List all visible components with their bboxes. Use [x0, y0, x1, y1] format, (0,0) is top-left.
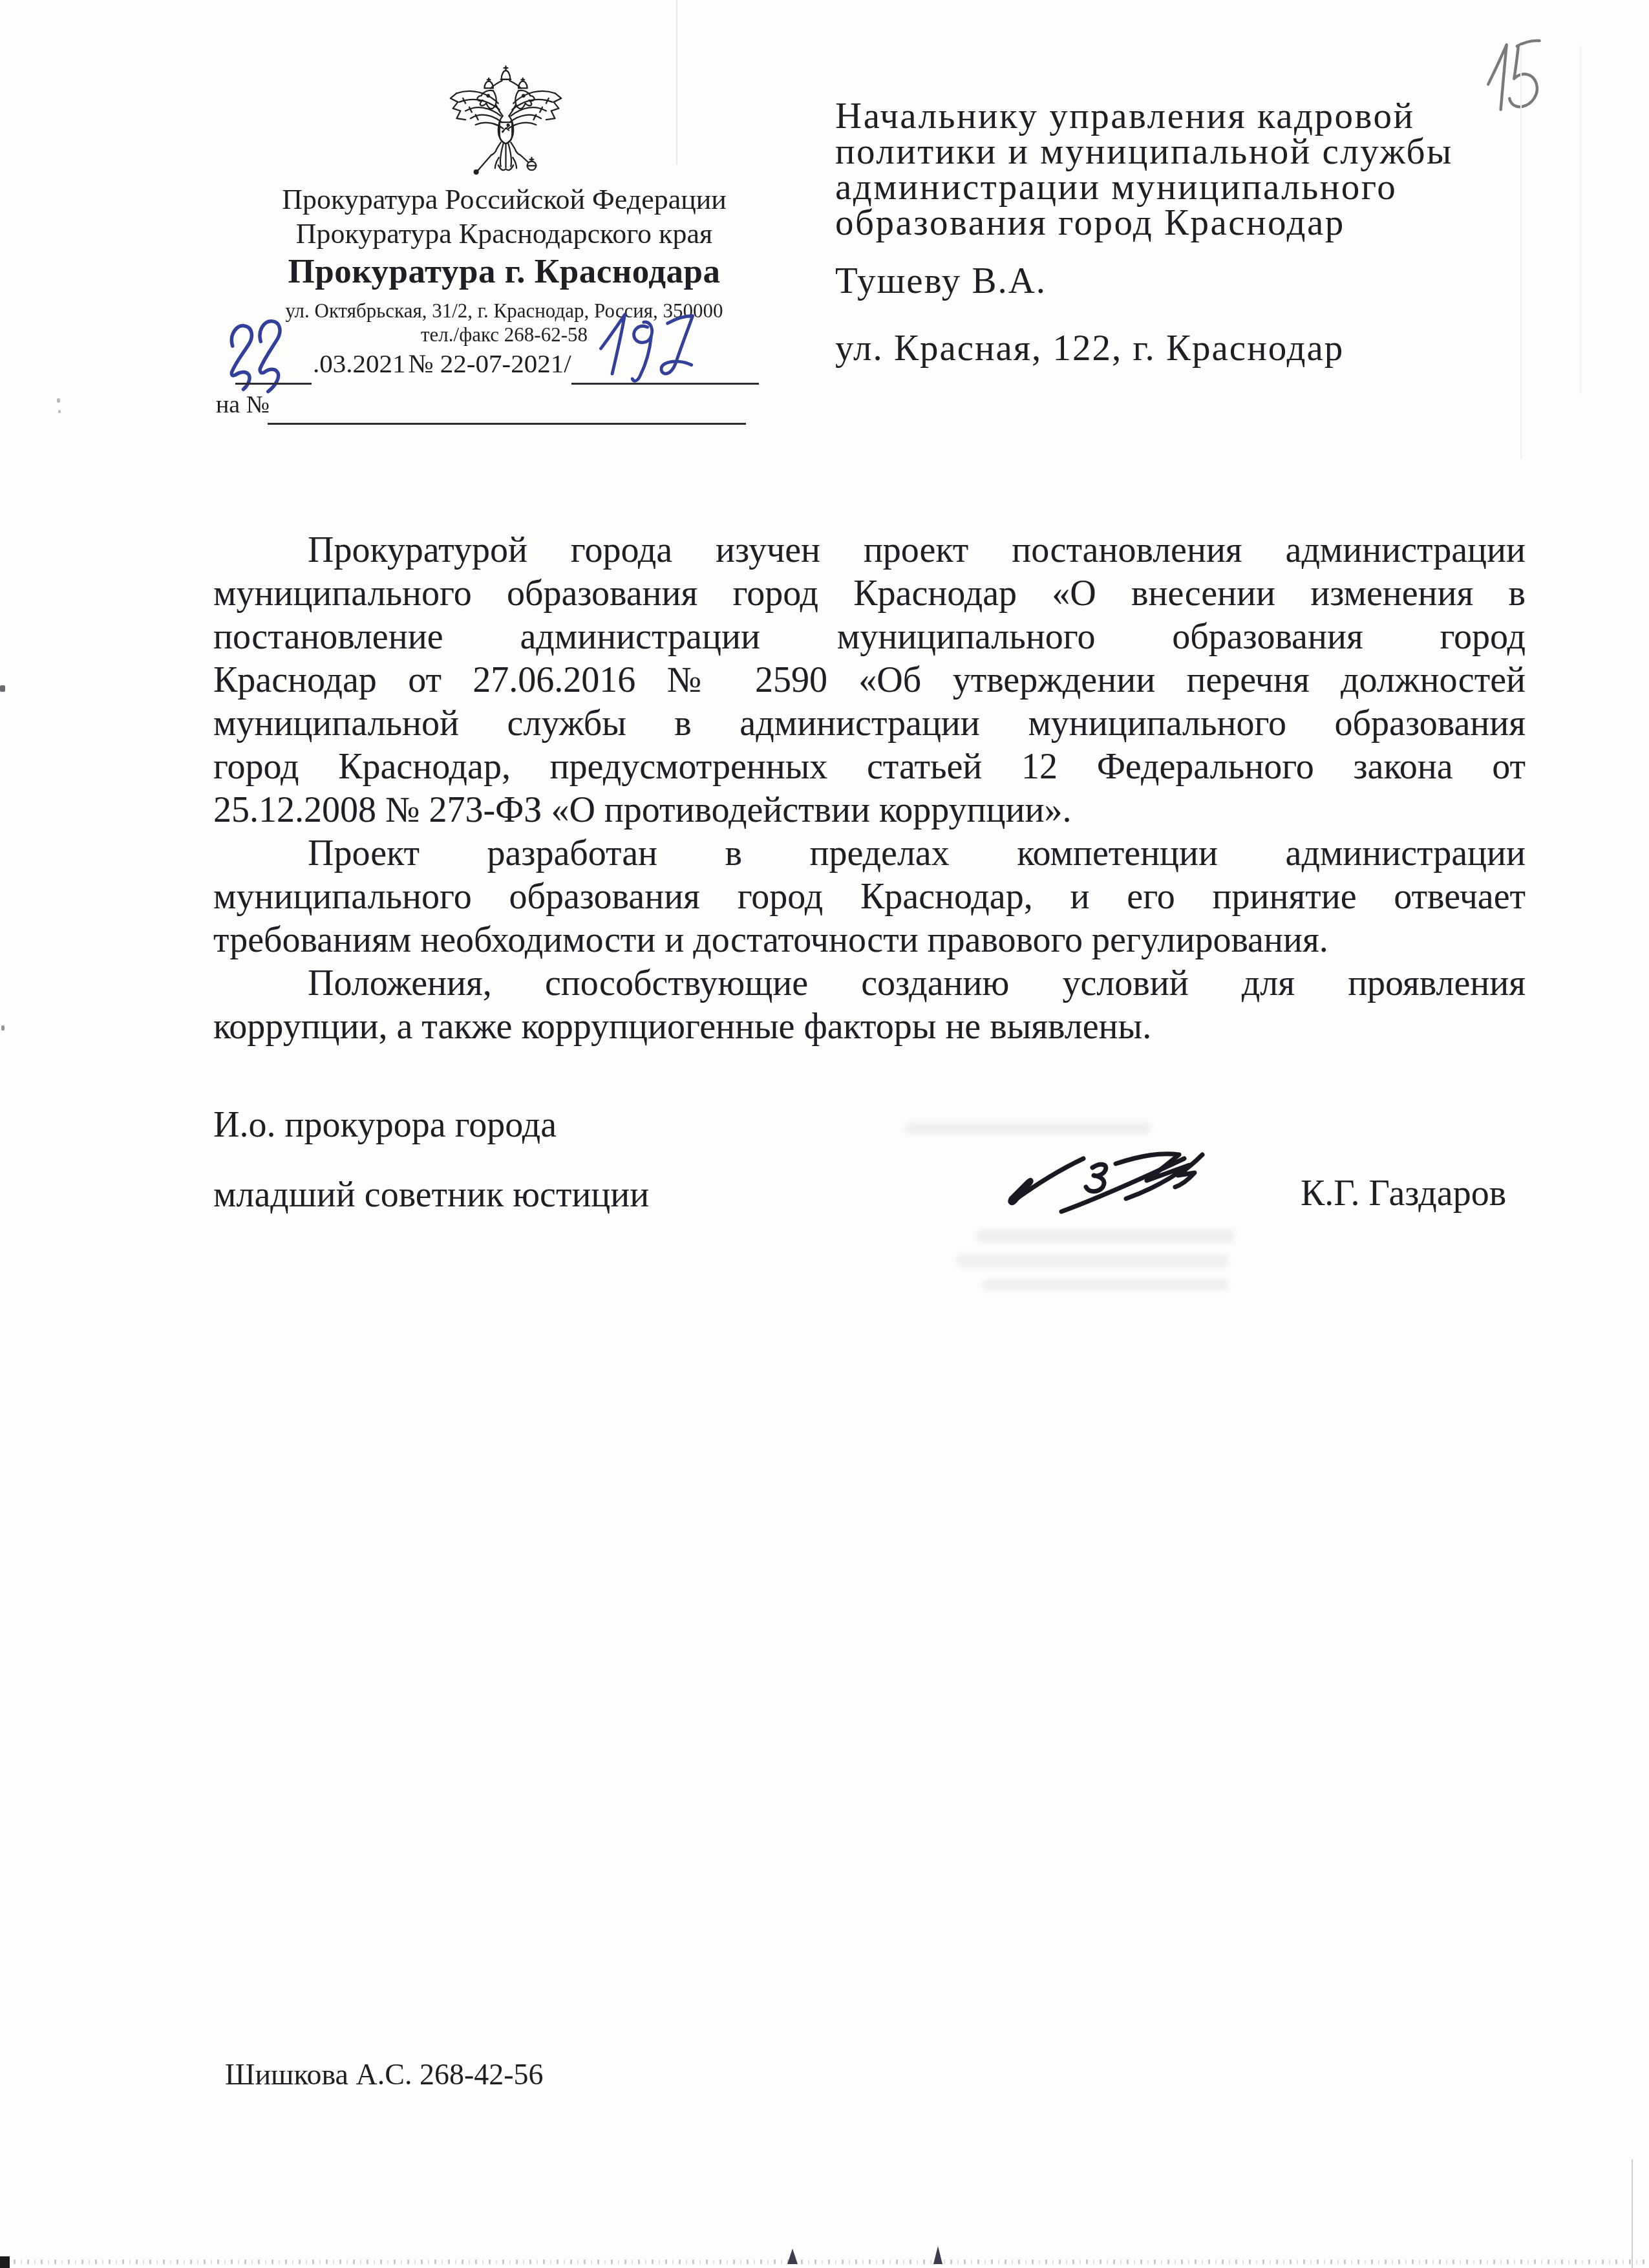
scan-bleedthrough-smudge — [976, 1230, 1235, 1243]
scan-corner-mark — [0, 2256, 10, 2268]
recipient-line: администрации муниципального — [835, 169, 1453, 205]
handwritten-day — [221, 316, 305, 398]
scan-speck — [57, 398, 60, 403]
outgoing-number: № 22-07-2021/ — [409, 348, 571, 378]
org-name-krai: Прокуратура Краснодарского края — [181, 217, 827, 250]
body-line: Краснодар от 27.06.2016 № 2590 «Об утвер… — [213, 659, 1526, 702]
scan-streak — [676, 0, 677, 165]
scan-bleedthrough-smudge — [957, 1254, 1228, 1267]
signature-scribble — [1001, 1146, 1214, 1223]
body-line: город Краснодар, предусмотренных статьей… — [213, 745, 1526, 789]
recipient-name: Тушеву В.А. — [835, 260, 1047, 302]
signer-position-line2: младший советник юстиции — [213, 1174, 649, 1215]
scan-edge-line — [1632, 2159, 1633, 2268]
recipient-address: ул. Красная, 122, г. Краснодар — [835, 327, 1344, 369]
reply-blank-underline — [268, 423, 746, 425]
recipient-line: политики и муниципальной службы — [835, 134, 1453, 169]
org-name-city: Прокуратура г. Краснодара — [181, 252, 827, 291]
reply-reference-label: на № — [216, 390, 270, 419]
body-line: муниципального образования город Краснод… — [213, 572, 1526, 615]
body-line: муниципального образования город Краснод… — [213, 875, 1526, 919]
org-name-federation: Прокуратура Российской Федерации — [181, 183, 827, 216]
scan-bottom-noise — [0, 2260, 1649, 2264]
scan-mark — [787, 2249, 798, 2264]
body-line: Проект разработан в пределах компетенции… — [213, 832, 1526, 875]
scan-speck — [1, 1025, 5, 1031]
body-line: 25.12.2008 № 273-ФЗ «О противодействии к… — [213, 789, 1526, 832]
signer-position-line1: И.о. прокурора города — [213, 1104, 557, 1146]
reference-date-line: .03.2021№ 22-07-2021/ — [313, 348, 571, 379]
recipient-block: Начальнику управления кадровой политики … — [835, 98, 1453, 241]
letter-body: Прокуратурой города изучен проект постан… — [213, 529, 1526, 1049]
recipient-line: Начальнику управления кадровой — [835, 98, 1453, 134]
handwritten-number — [590, 308, 709, 397]
recipient-line: образования город Краснодар — [835, 205, 1453, 241]
scan-streak — [1520, 45, 1522, 459]
scan-bleedthrough-smudge — [983, 1279, 1228, 1290]
signer-name: К.Г. Газдаров — [1301, 1173, 1506, 1214]
scan-speck — [0, 685, 5, 692]
date-suffix: .03.2021 — [313, 348, 406, 378]
body-line: коррупции, а также коррупциогенные факто… — [213, 1005, 1526, 1049]
body-line: требованиям необходимости и достаточност… — [213, 919, 1526, 962]
body-line: Положения, способствующие созданию услов… — [213, 962, 1526, 1005]
handwritten-page-number — [1472, 34, 1553, 121]
scan-streak — [1580, 45, 1581, 394]
body-line: муниципальной службы в администрации мун… — [213, 702, 1526, 745]
day-blank-underline — [235, 383, 312, 385]
body-line: Прокуратурой города изучен проект постан… — [213, 529, 1526, 572]
scan-speck — [58, 410, 61, 413]
scan-mark — [933, 2246, 942, 2264]
scanned-letter-page: Прокуратура Российской Федерации Прокура… — [0, 0, 1649, 2268]
scan-bleedthrough-smudge — [905, 1122, 1151, 1134]
executor-contact: Шишкова А.С. 268-42-56 — [225, 2057, 544, 2091]
body-line: постановление администрации муниципально… — [213, 615, 1526, 659]
